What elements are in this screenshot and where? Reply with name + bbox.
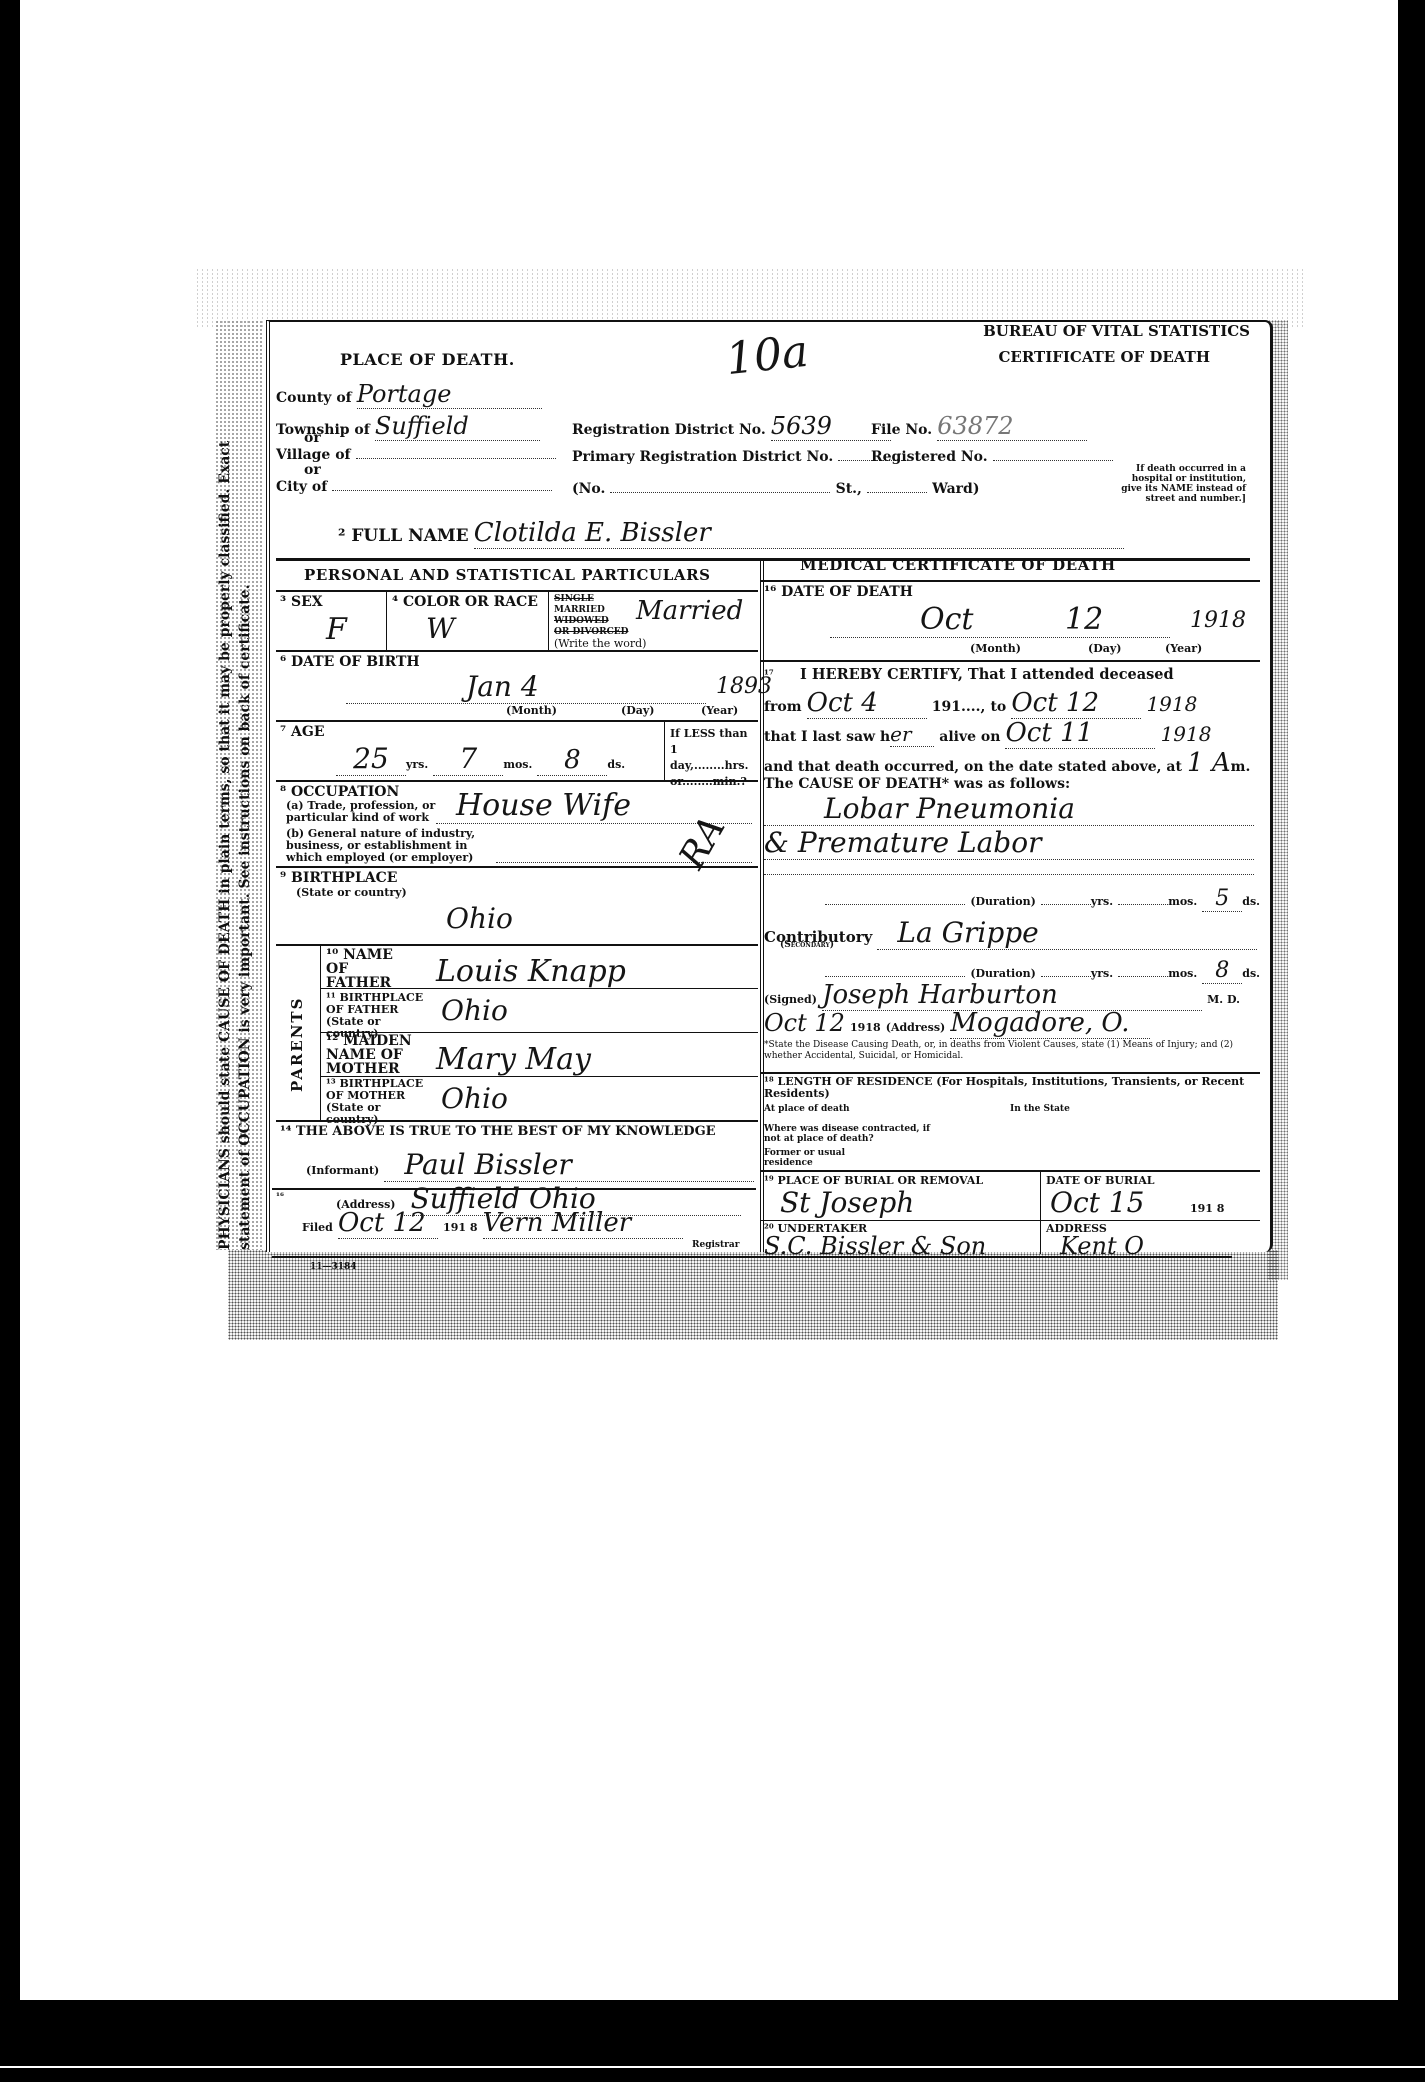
attended-to-year: 1918 bbox=[1146, 692, 1197, 716]
last-saw-pronoun: er bbox=[890, 722, 934, 747]
attended-from: Oct 4 bbox=[807, 688, 927, 719]
hospital-note: If death occurred in a hospital or insti… bbox=[1116, 464, 1246, 504]
card-shadow-bottom bbox=[228, 1250, 1278, 1340]
dob-value: Jan 4 bbox=[346, 670, 706, 704]
parents-label: PARENTS bbox=[288, 997, 306, 1092]
mother-value: Mary May bbox=[436, 1042, 591, 1077]
occupation-b-label: (b) General nature of industry, business… bbox=[286, 828, 496, 864]
cause-line1: Lobar Pneumonia bbox=[764, 792, 1254, 826]
ward-label: Ward) bbox=[932, 481, 979, 497]
father-bp-value: Ohio bbox=[441, 994, 508, 1027]
street-label: St., bbox=[836, 481, 862, 497]
mother-bp-label: ¹³ BIRTHPLACE OF MOTHER (State or countr… bbox=[326, 1078, 436, 1126]
attended-to: Oct 12 bbox=[1011, 688, 1141, 719]
burial-place-value: St Joseph bbox=[780, 1186, 914, 1219]
occupation-a-label: (a) Trade, profession, or particular kin… bbox=[286, 800, 436, 824]
filed-year: 191 8 bbox=[443, 1221, 477, 1234]
margin-note-line2: statement of OCCUPATION is very importan… bbox=[235, 320, 255, 1250]
informant-value: Paul Bissler bbox=[384, 1148, 754, 1182]
personal-heading: PERSONAL AND STATISTICAL PARTICULARS bbox=[304, 566, 711, 584]
birthplace-label: ⁹ BIRTHPLACE bbox=[280, 870, 397, 886]
dod-month: Oct bbox=[830, 602, 1170, 638]
filed-date: Oct 12 bbox=[338, 1208, 438, 1239]
alive-on: Oct 11 bbox=[1005, 718, 1155, 749]
township-label: Township of bbox=[276, 422, 370, 438]
stamp-mark: 10a bbox=[724, 326, 811, 385]
sex-value: F bbox=[326, 612, 347, 647]
burial-year: 191 8 bbox=[1190, 1202, 1224, 1215]
age-months: 7 bbox=[433, 742, 503, 776]
primary-reg-label: Primary Registration District No. bbox=[572, 449, 833, 465]
dob-label: ⁶ DATE OF BIRTH bbox=[280, 654, 420, 670]
county-label: County of bbox=[276, 390, 352, 406]
certificate-title: CERTIFICATE OF DEATH bbox=[998, 348, 1210, 366]
cause-footnote: *State the Disease Causing Death, or, in… bbox=[764, 1040, 1258, 1062]
physician-signature: Joseph Harburton bbox=[822, 980, 1202, 1011]
marital-hint: (Write the word) bbox=[554, 638, 646, 649]
mother-label: ¹² MAIDEN NAME OF MOTHER bbox=[326, 1034, 446, 1076]
cause-line2: & Premature Labor bbox=[764, 826, 1254, 860]
full-name-value: Clotilda E. Bissler bbox=[474, 518, 1124, 549]
reg-district-label: Registration District No. bbox=[572, 422, 766, 438]
contributory-value: La Grippe bbox=[877, 916, 1257, 950]
certify-text: I HEREBY CERTIFY, That I attended deceas… bbox=[800, 666, 1174, 683]
dod-day: 12 bbox=[1065, 602, 1103, 637]
dod-year: 1918 bbox=[1190, 608, 1246, 633]
full-name-label: ² FULL NAME bbox=[338, 526, 469, 546]
margin-note-line1: PHYSICIANS should state CAUSE OF DEATH i… bbox=[215, 320, 235, 1250]
place-of-death-heading: PLACE OF DEATH. bbox=[340, 350, 515, 369]
cause-label: The CAUSE OF DEATH* was as follows: bbox=[764, 776, 1070, 792]
mother-bp-value: Ohio bbox=[441, 1082, 508, 1115]
street-no-label: (No. bbox=[572, 481, 605, 497]
registered-no-label: Registered No. bbox=[871, 449, 988, 465]
margin-instructions: PHYSICIANS should state CAUSE OF DEATH i… bbox=[215, 320, 263, 1250]
filing-section: ¹⁶ Filed Oct 12 191 8 Vern Miller Regist… bbox=[272, 1188, 760, 1258]
occupation-label: ⁸ OCCUPATION bbox=[280, 784, 399, 800]
medical-heading: MEDICAL CERTIFICATE OF DEATH bbox=[800, 556, 1116, 574]
village-value bbox=[356, 444, 556, 459]
alive-on-year: 1918 bbox=[1161, 722, 1212, 746]
age-years: 25 bbox=[336, 742, 406, 776]
physician-address: Mogadore, O. bbox=[950, 1008, 1150, 1039]
residence-label: ¹⁸ LENGTH OF RESIDENCE (For Hospitals, I… bbox=[764, 1076, 1258, 1100]
age-days: 8 bbox=[537, 745, 607, 776]
bureau-title: BUREAU OF VITAL STATISTICS bbox=[983, 322, 1250, 340]
marital-value: Married bbox=[636, 596, 743, 626]
informant-label: (Informant) bbox=[306, 1164, 379, 1177]
time-of-death: 1 A bbox=[1187, 748, 1231, 778]
scan-border-bottom bbox=[0, 2000, 1425, 2082]
city-value bbox=[332, 476, 552, 491]
duration1-days: 5 bbox=[1202, 886, 1242, 912]
sex-label: ³ SEX bbox=[280, 594, 323, 610]
county-value: Portage bbox=[357, 380, 542, 409]
father-label: ¹⁰ NAME OF FATHER bbox=[326, 948, 416, 990]
race-value: W bbox=[426, 612, 455, 645]
burial-date-value: Oct 15 bbox=[1050, 1186, 1144, 1219]
file-no-value: 63872 bbox=[937, 412, 1087, 441]
form-number: 11—3184 bbox=[310, 1262, 357, 1272]
city-label: City of bbox=[276, 479, 327, 495]
scan-noise bbox=[195, 268, 1305, 328]
dod-label: ¹⁶ DATE OF DEATH bbox=[764, 584, 913, 600]
race-label: ⁴ COLOR OR RACE bbox=[392, 594, 538, 610]
age-label: ⁷ AGE bbox=[280, 724, 325, 740]
signed-date: Oct 12 bbox=[764, 1009, 845, 1037]
township-value: Suffield bbox=[375, 412, 540, 441]
file-no-label: File No. bbox=[871, 422, 932, 438]
birthplace-value: Ohio bbox=[446, 902, 513, 935]
father-value: Louis Knapp bbox=[436, 954, 626, 989]
true-statement: ¹⁴ THE ABOVE IS TRUE TO THE BEST OF MY K… bbox=[280, 1124, 716, 1139]
registered-no-value bbox=[993, 448, 1113, 461]
registrar-value: Vern Miller bbox=[483, 1208, 683, 1239]
village-label: Village of bbox=[276, 447, 351, 463]
medical-certificate: MEDICAL CERTIFICATE OF DEATH ¹⁶ DATE OF … bbox=[760, 556, 1260, 1256]
marital-options: SINGLE MARRIED WIDOWED OR DIVORCED (Writ… bbox=[554, 594, 646, 649]
